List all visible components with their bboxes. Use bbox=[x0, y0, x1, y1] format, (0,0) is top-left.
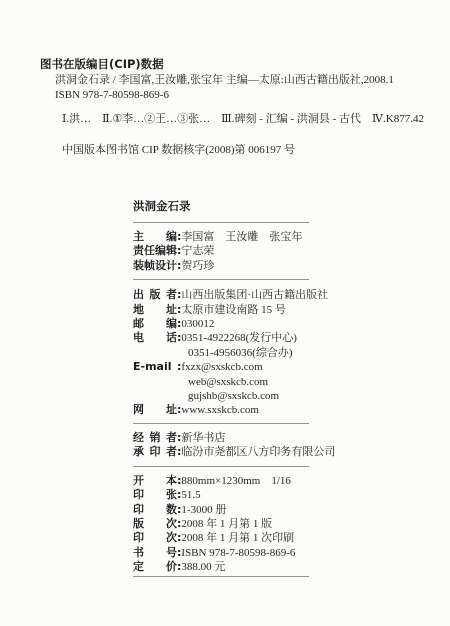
divider bbox=[133, 466, 309, 467]
row-phone-continued: 0351-4956036(综合办) bbox=[133, 346, 363, 360]
cip-isbn-line: ISBN 978-7-80598-869-6 bbox=[55, 88, 432, 103]
colophon-block: 洪洞金石录 主编:李国富 王汝雕 张宝年 责任编辑:宁志荣 装帧设计:贺巧珍 出… bbox=[133, 199, 363, 577]
row-binding-designer: 装帧设计:贺巧珍 bbox=[133, 259, 363, 273]
book-title: 洪洞金石录 bbox=[133, 199, 363, 214]
cip-block: 图书在版编目(CIP)数据 洪洞金石录 / 李国富,王汝雕,张宝年 主编—太原:… bbox=[40, 57, 432, 157]
edition-label: 版次 bbox=[133, 517, 177, 531]
price-value: 388.00 元 bbox=[181, 561, 225, 573]
row-printed-sheets: 印张:51.5 bbox=[133, 488, 363, 502]
row-responsible-editor: 责任编辑:宁志荣 bbox=[133, 244, 363, 258]
row-distributor: 经销者:新华书店 bbox=[133, 431, 363, 445]
divider bbox=[133, 423, 309, 424]
format-label: 开本 bbox=[133, 474, 177, 488]
printer-label: 承印者 bbox=[133, 445, 177, 459]
email-label: E-mail bbox=[133, 360, 177, 374]
phone-value-1: 0351-4922268(发行中心) bbox=[181, 332, 297, 344]
binding-designer-value: 贺巧珍 bbox=[181, 260, 214, 272]
phone-label: 电话 bbox=[133, 331, 177, 345]
divider bbox=[133, 222, 309, 223]
publisher-value: 山西出版集团·山西古籍出版社 bbox=[181, 289, 328, 301]
book-number-value: ISBN 978-7-80598-869-6 bbox=[181, 547, 295, 559]
print-run-label: 印数 bbox=[133, 503, 177, 517]
postcode-label: 邮编 bbox=[133, 317, 177, 331]
website-label: 网址 bbox=[133, 403, 177, 417]
row-impression: 印次:2008 年 1 月第 1 次印刷 bbox=[133, 531, 363, 545]
email-value-2: web@sxskcb.com bbox=[188, 376, 268, 388]
phone-value-2: 0351-4956036(综合办) bbox=[188, 347, 293, 359]
row-postcode: 邮编:030012 bbox=[133, 317, 363, 331]
cip-header: 图书在版编目(CIP)数据 bbox=[40, 57, 432, 72]
row-price: 定价:388.00 元 bbox=[133, 560, 363, 574]
email-value-1: fxzx@sxskcb.com bbox=[181, 361, 262, 373]
row-email-continued: gujshb@sxskcb.com bbox=[133, 389, 363, 403]
impression-label: 印次 bbox=[133, 531, 177, 545]
row-website: 网址:www.sxskcb.com bbox=[133, 403, 363, 417]
print-run-value: 1-3000 册 bbox=[181, 504, 226, 516]
printed-sheets-value: 51.5 bbox=[181, 489, 200, 501]
row-email-continued: web@sxskcb.com bbox=[133, 375, 363, 389]
row-format: 开本:880mm×1230mm 1/16 bbox=[133, 474, 363, 488]
chief-editors-value: 李国富 王汝雕 张宝年 bbox=[181, 231, 302, 243]
website-value: www.sxskcb.com bbox=[181, 404, 259, 416]
book-number-label: 书号 bbox=[133, 546, 177, 560]
row-printer: 承印者:临汾市尧都区八方印务有限公司 bbox=[133, 445, 363, 459]
printed-sheets-label: 印张 bbox=[133, 488, 177, 502]
copyright-page: 图书在版编目(CIP)数据 洪洞金石录 / 李国富,王汝雕,张宝年 主编—太原:… bbox=[0, 0, 450, 626]
row-email: E-mail:fxzx@sxskcb.com bbox=[133, 360, 363, 374]
row-print-run: 印数:1-3000 册 bbox=[133, 503, 363, 517]
address-label: 地址 bbox=[133, 303, 177, 317]
binding-designer-label: 装帧设计 bbox=[133, 259, 177, 273]
distributor-label: 经销者 bbox=[133, 431, 177, 445]
responsible-editor-label: 责任编辑 bbox=[133, 244, 177, 258]
impression-value: 2008 年 1 月第 1 次印刷 bbox=[181, 532, 294, 544]
row-book-number: 书号:ISBN 978-7-80598-869-6 bbox=[133, 546, 363, 560]
cip-description-line: 洪洞金石录 / 李国富,王汝雕,张宝年 主编—太原:山西古籍出版社,2008.1 bbox=[55, 73, 432, 88]
format-value: 880mm×1230mm 1/16 bbox=[181, 475, 290, 487]
edition-value: 2008 年 1 月第 1 版 bbox=[181, 518, 272, 530]
address-value: 太原市建设南路 15 号 bbox=[181, 304, 286, 316]
divider bbox=[133, 279, 309, 280]
row-chief-editors: 主编:李国富 王汝雕 张宝年 bbox=[133, 230, 363, 244]
cip-classification-line: Ⅰ.洪… Ⅱ.①李…②王…③张… Ⅲ.碑刻 - 汇编 - 洪洞县 - 古代 Ⅳ.… bbox=[62, 112, 432, 127]
row-address: 地址:太原市建设南路 15 号 bbox=[133, 303, 363, 317]
row-publisher: 出版者:山西出版集团·山西古籍出版社 bbox=[133, 288, 363, 302]
distributor-value: 新华书店 bbox=[181, 432, 225, 444]
cip-record-number-line: 中国版本图书馆 CIP 数据核字(2008)第 006197 号 bbox=[62, 143, 432, 158]
row-edition: 版次:2008 年 1 月第 1 版 bbox=[133, 517, 363, 531]
postcode-value: 030012 bbox=[181, 318, 214, 330]
email-value-3: gujshb@sxskcb.com bbox=[188, 390, 279, 402]
divider bbox=[133, 576, 309, 577]
publisher-label: 出版者 bbox=[133, 288, 177, 302]
chief-editors-label: 主编 bbox=[133, 230, 177, 244]
printer-value: 临汾市尧都区八方印务有限公司 bbox=[181, 446, 335, 458]
price-label: 定价 bbox=[133, 560, 177, 574]
row-phone: 电话:0351-4922268(发行中心) bbox=[133, 331, 363, 345]
responsible-editor-value: 宁志荣 bbox=[181, 245, 214, 257]
